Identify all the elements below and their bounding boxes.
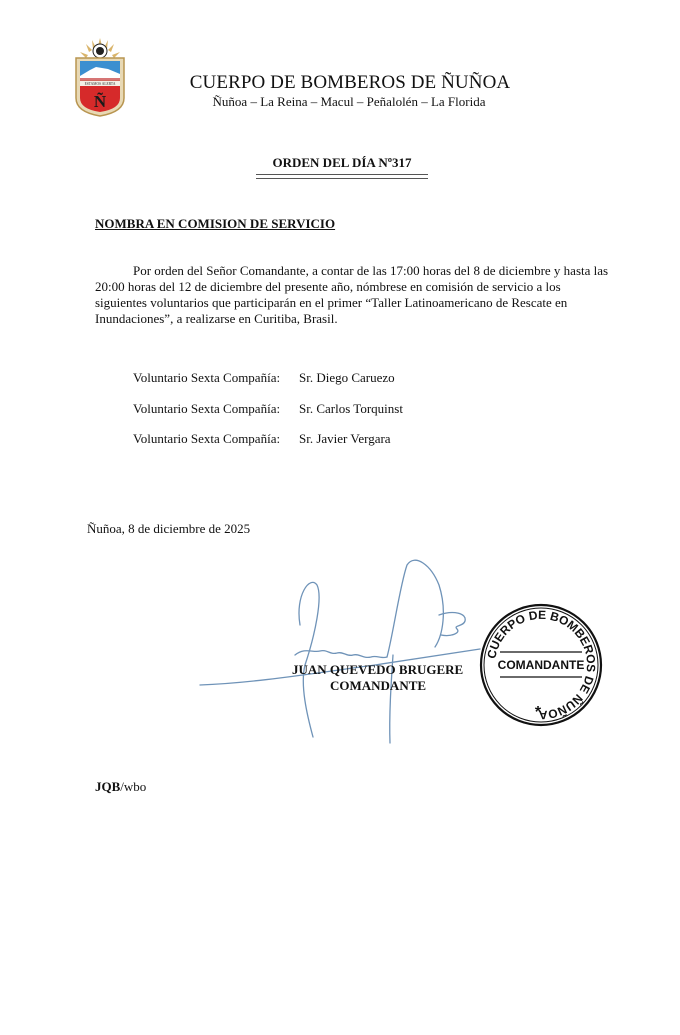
initials-rest: /wbo bbox=[120, 779, 146, 794]
signatory-role: COMANDANTE bbox=[330, 678, 426, 694]
volunteer-name: Sr. Carlos Torquinst bbox=[299, 401, 403, 416]
volunteer-row: Voluntario Sexta Compañía:Sr. Javier Ver… bbox=[133, 431, 391, 447]
volunteer-label: Voluntario Sexta Compañía: bbox=[133, 431, 299, 447]
initials-bold: JQB bbox=[95, 779, 120, 794]
double-rule-divider bbox=[256, 174, 428, 179]
official-stamp-icon: CUERPO DE BOMBEROS DE ÑUÑOA COMANDANTE * bbox=[478, 602, 604, 728]
volunteer-label: Voluntario Sexta Compañía: bbox=[133, 370, 299, 386]
organization-title: CUERPO DE BOMBEROS DE ÑUÑOA bbox=[0, 72, 680, 94]
order-body: Por orden del Señor Comandante, a contar… bbox=[95, 263, 615, 327]
stamp-star: * bbox=[535, 704, 542, 721]
signatory-name: JUAN QUEVEDO BRUGERE bbox=[292, 662, 463, 678]
reference-initials: JQB/wbo bbox=[95, 779, 146, 795]
order-title: ORDEN DEL DÍA Nº317 bbox=[0, 155, 680, 171]
communes-subtitle: Ñuñoa – La Reina – Macul – Peñalolén – L… bbox=[0, 94, 680, 110]
signature-scribble-icon bbox=[195, 555, 485, 745]
place-date: Ñuñoa, 8 de diciembre de 2025 bbox=[87, 521, 250, 537]
volunteer-name: Sr. Javier Vergara bbox=[299, 431, 391, 446]
volunteer-name: Sr. Diego Caruezo bbox=[299, 370, 395, 385]
order-paragraph: Por orden del Señor Comandante, a contar… bbox=[95, 263, 615, 327]
section-title: NOMBRA EN COMISION DE SERVICIO bbox=[95, 216, 335, 232]
volunteer-row: Voluntario Sexta Compañía:Sr. Diego Caru… bbox=[133, 370, 395, 386]
volunteer-label: Voluntario Sexta Compañía: bbox=[133, 401, 299, 417]
stamp-center-text: COMANDANTE bbox=[498, 658, 585, 672]
volunteer-row: Voluntario Sexta Compañía:Sr. Carlos Tor… bbox=[133, 401, 403, 417]
